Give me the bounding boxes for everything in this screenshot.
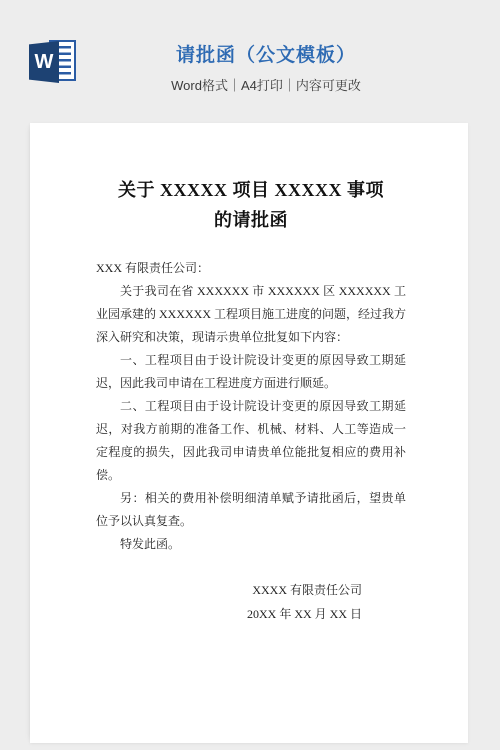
signature-company: XXXX 有限责任公司: [96, 578, 362, 602]
page-subtitle: Word格式｜A4打印｜内容可更改: [32, 75, 500, 94]
document-title-line2: 的请批函: [96, 205, 406, 235]
document-signature: XXXX 有限责任公司 20XX 年 XX 月 XX 日: [96, 578, 406, 626]
signature-date: 20XX 年 XX 月 XX 日: [96, 602, 362, 626]
document-title: 关于 XXXXX 项目 XXXXX 事项 的请批函: [96, 175, 406, 235]
document-body: XXX 有限责任公司： 关于我司在省 XXXXXX 市 XXXXXX 区 XXX…: [96, 257, 406, 626]
document-paragraph: 另：相关的费用补偿明细清单赋予请批函后，望贵单位予以认真复查。: [96, 487, 406, 533]
document-title-line1: 关于 XXXXX 项目 XXXXX 事项: [96, 175, 406, 205]
header-text: 请批函（公文模板） Word格式｜A4打印｜内容可更改: [0, 40, 500, 94]
document-paragraph: 特发此函。: [96, 533, 406, 556]
document-paragraph: 关于我司在省 XXXXXX 市 XXXXXX 区 XXXXXX 工业园承建的 X…: [96, 280, 406, 349]
template-preview-page: W 请批函（公文模板） Word格式｜A4打印｜内容可更改 关于 XXXXX 项…: [0, 0, 500, 750]
header: W 请批函（公文模板） Word格式｜A4打印｜内容可更改: [0, 0, 500, 110]
document-page: 关于 XXXXX 项目 XXXXX 事项 的请批函 XXX 有限责任公司： 关于…: [30, 123, 468, 743]
document-paragraph: 一、工程项目由于设计院设计变更的原因导致工期延迟，因此我司申请在工程进度方面进行…: [96, 349, 406, 395]
document-salutation: XXX 有限责任公司：: [96, 257, 406, 280]
document-paragraph: 二、工程项目由于设计院设计变更的原因导致工期延迟，对我方前期的准备工作、机械、材…: [96, 395, 406, 487]
page-title: 请批函（公文模板）: [32, 40, 500, 67]
